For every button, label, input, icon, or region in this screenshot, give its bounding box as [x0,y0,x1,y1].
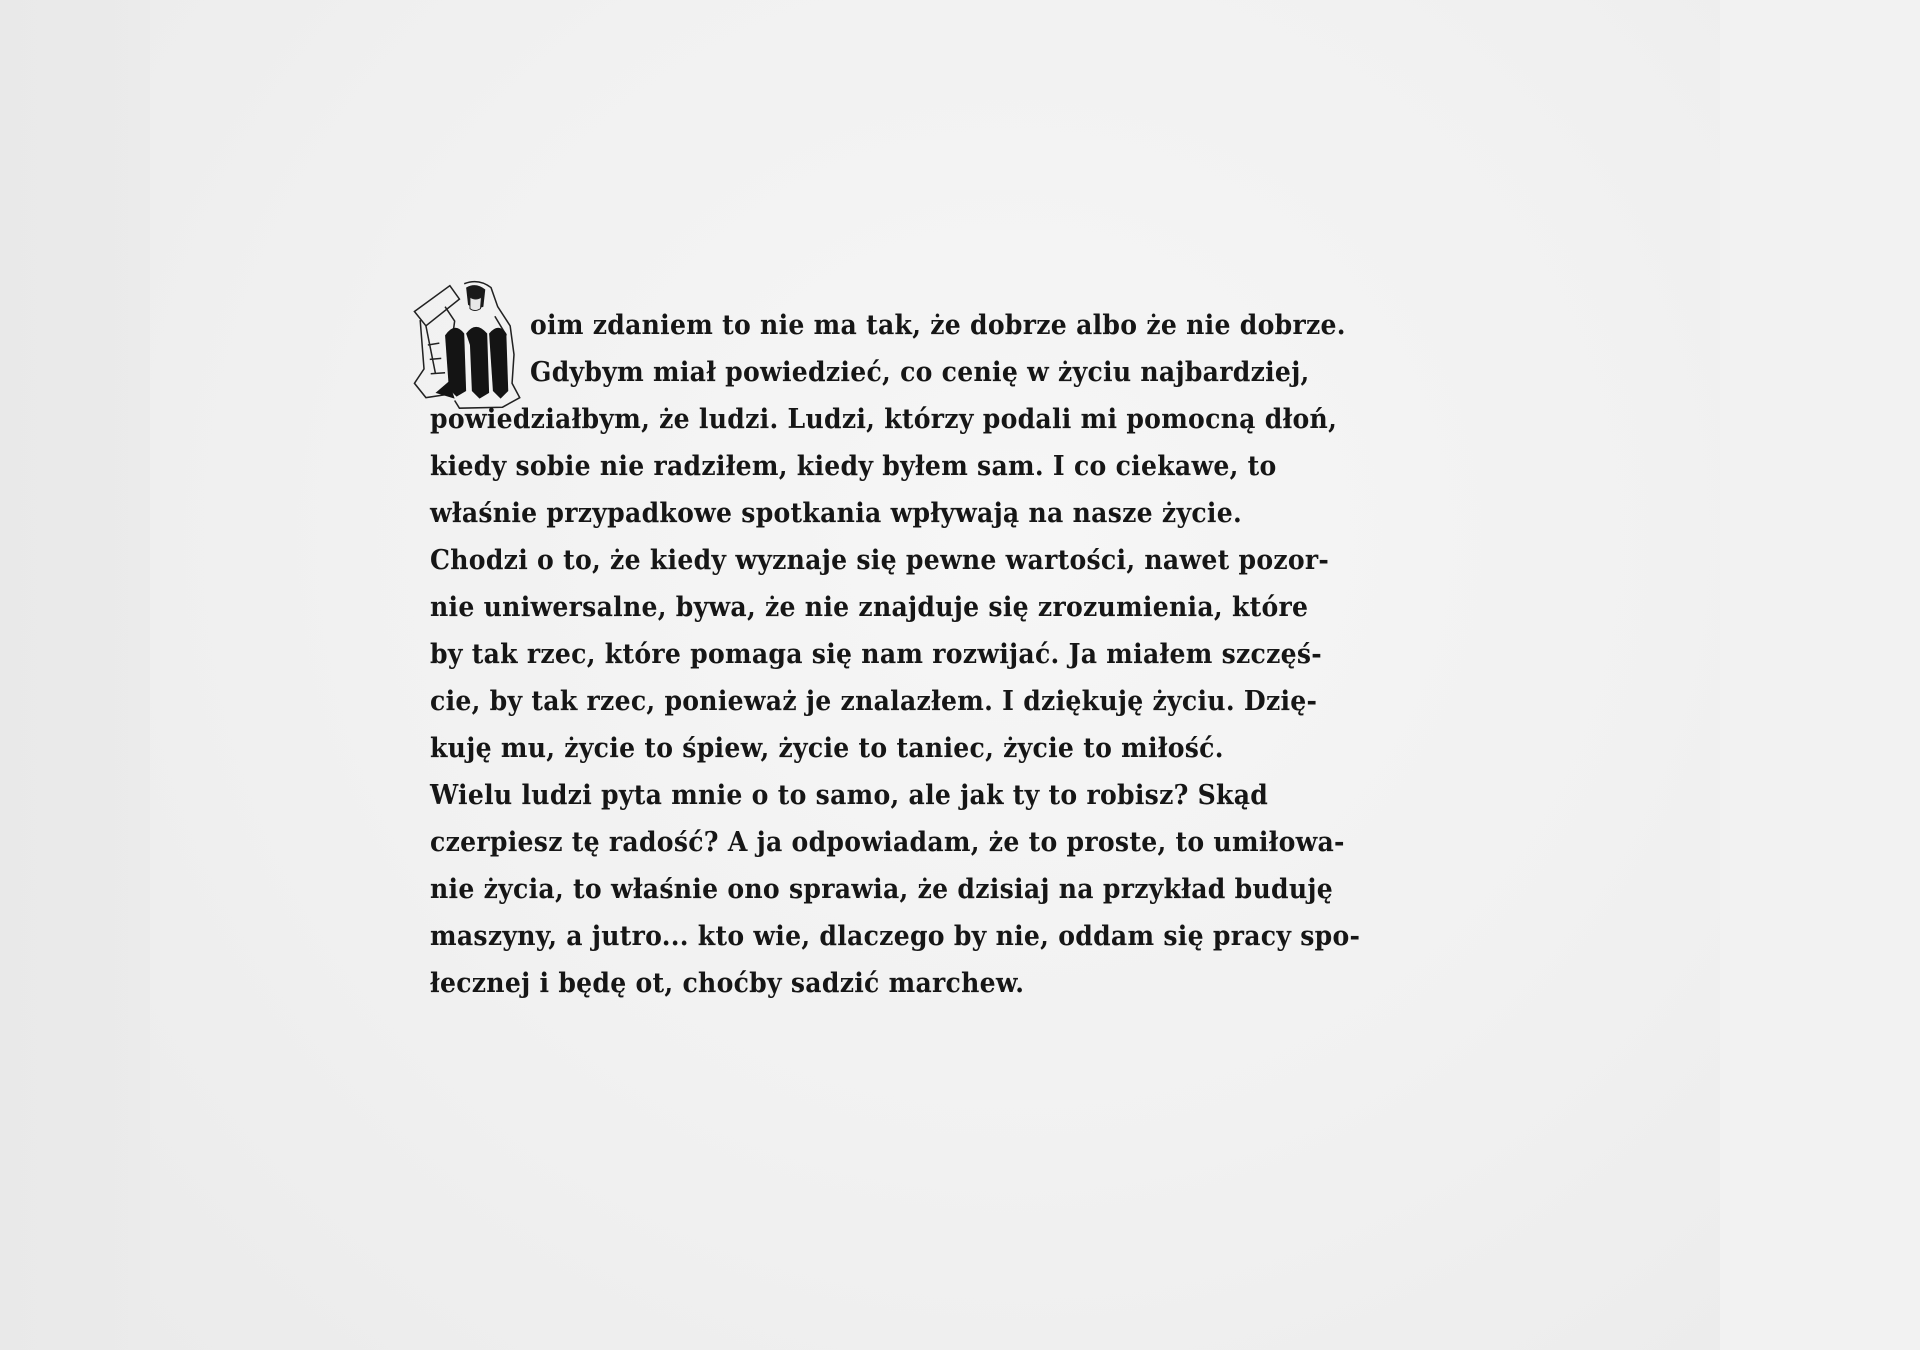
text-line: Chodzi o to, że kiedy wyznaje się pewne … [430,545,1329,576]
text-line: by tak rzec, które pomaga się nam rozwij… [430,639,1322,670]
illuminated-initial-icon [405,278,533,412]
paper-sheet [150,0,1720,1350]
text-line: Gdybym miał powiedzieć, co cenię w życiu… [530,357,1310,388]
text-line: cie, by tak rzec, ponieważ je znalazłem.… [430,686,1317,717]
text-line: nie życia, to właśnie ono sprawia, że dz… [430,874,1333,905]
text-line: właśnie przypadkowe spotkania wpływają n… [430,498,1242,529]
text-line: łecznej i będę ot, choćby sadzić marchew… [430,968,1024,999]
text-line: nie uniwersalne, bywa, że nie znajduje s… [430,592,1308,623]
text-line: kiedy sobie nie radziłem, kiedy byłem sa… [430,451,1277,482]
background-right [1720,0,1920,1350]
text-line: maszyny, a jutro... kto wie, dlaczego by… [430,921,1360,952]
text-line: czerpiesz tę radość? A ja odpowiadam, że… [430,827,1345,858]
background-left [0,0,150,1350]
text-line: powiedziałbym, że ludzi. Ludzi, którzy p… [430,404,1337,435]
text-line: Wielu ludzi pyta mnie o to samo, ale jak… [430,780,1268,811]
text-line: kuję mu, życie to śpiew, życie to taniec… [430,733,1224,764]
text-line: oim zdaniem to nie ma tak, że dobrze alb… [530,310,1346,341]
